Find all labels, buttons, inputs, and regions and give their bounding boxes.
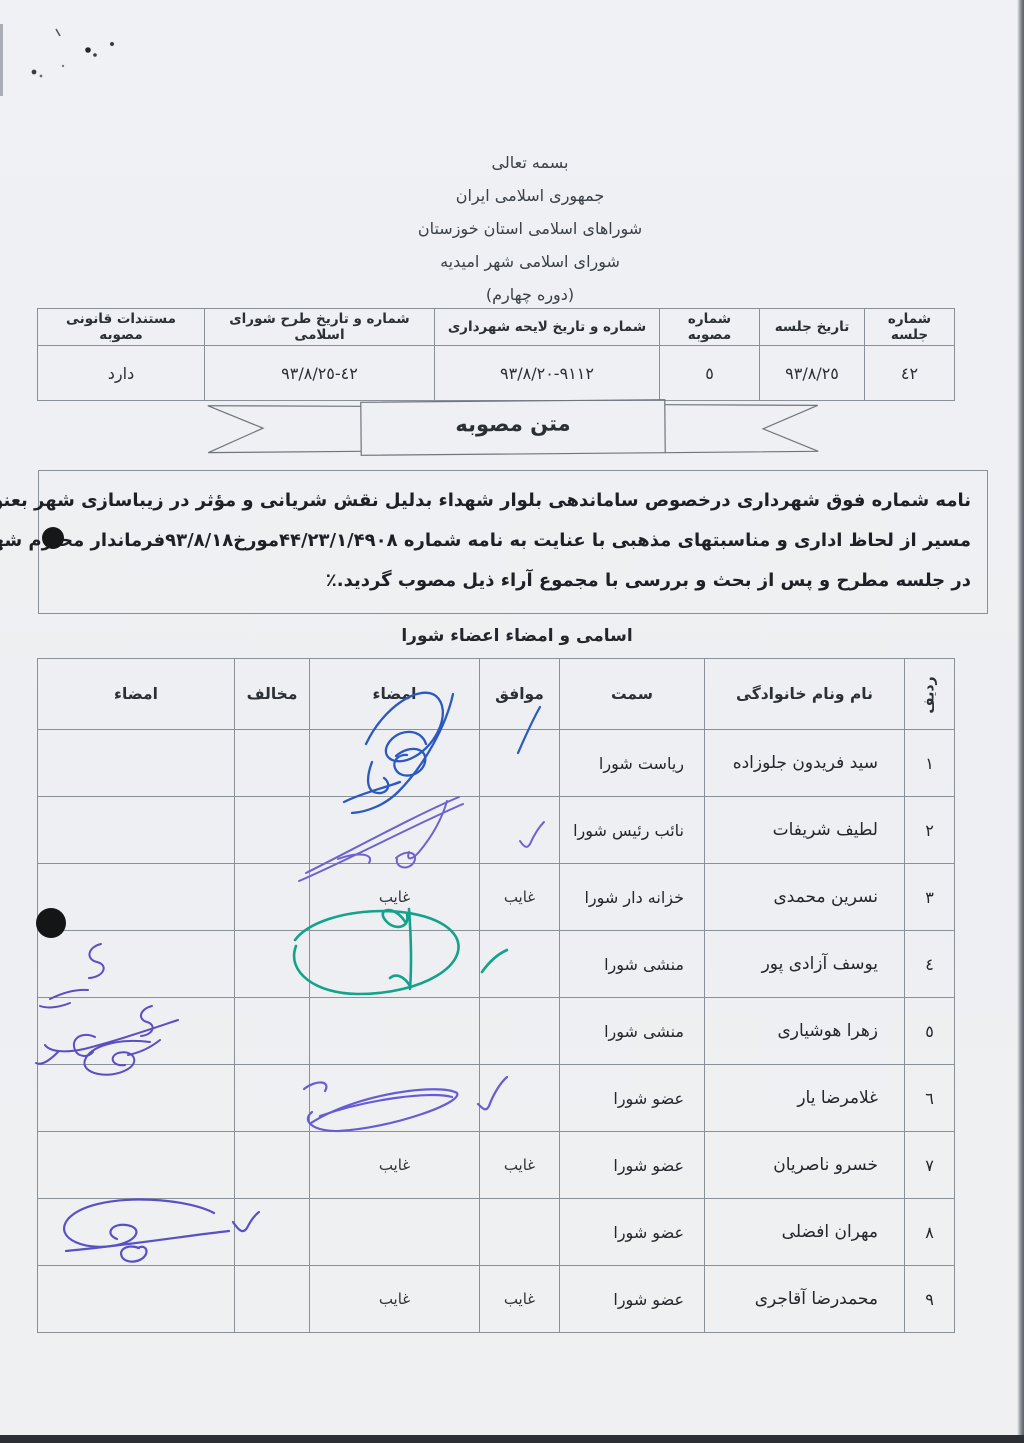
member-name: نسرین محمدی [705,864,905,931]
resolution-banner: متن مصوبه [205,395,822,460]
member-row: ٧ خسرو ناصریان عضو شورا غایب غایب [38,1132,955,1199]
member-agree-cell: غایب [480,1132,560,1199]
letterhead-line-councils: شوراهای اسلامی استان خوزستان [250,212,810,245]
member-signature2-cell [38,1132,235,1199]
member-agree-cell [480,931,560,998]
resolution-text-box: نامه شماره فوق شهرداری درخصوص ساماندهی ب… [38,470,988,614]
member-signature2-cell [38,730,235,797]
members-header-row: ردیف نام ونام خانوادگی سمت موافق امضاء م… [38,659,955,730]
member-signature-cell [310,1199,480,1266]
document-page: بسمه تعالی جمهوری اسلامی ایران شوراهای ا… [0,0,1024,1443]
value-legal-documents: دارد [38,346,205,401]
member-agree-cell [480,1065,560,1132]
member-row-number: ٨ [905,1199,955,1266]
member-name: غلامرضا یار [705,1065,905,1132]
member-row: ٦ غلامرضا یار عضو شورا [38,1065,955,1132]
member-oppose-cell [235,1199,310,1266]
letterhead: بسمه تعالی جمهوری اسلامی ایران شوراهای ا… [250,146,810,311]
header-full-name: نام ونام خانوادگی [705,659,905,730]
member-row: ٢ لطیف شریفات نائب رئیس شورا [38,797,955,864]
header-bill-number-date: شماره و تاریخ لایحه شهرداری [435,309,660,346]
member-agree-cell [480,1199,560,1266]
header-position: سمت [560,659,705,730]
member-row-number: ٢ [905,797,955,864]
member-signature-cell: غایب [310,864,480,931]
value-session-number: ٤٢ [865,346,955,401]
letterhead-line-city-council: شورای اسلامی شهر امیدیه [250,245,810,278]
member-name: سید فریدون جلوزاده [705,730,905,797]
member-signature-cell [310,1065,480,1132]
member-signature-cell [310,730,480,797]
member-position: ریاست شورا [560,730,705,797]
header-row-number: ردیف [905,659,955,730]
header-signature: امضاء [310,659,480,730]
header-session-date: تاریخ جلسه [760,309,865,346]
member-name: لطیف شریفات [705,797,905,864]
member-row: ٤ یوسف آزادی پور منشی شورا [38,931,955,998]
member-signature-cell: غایب [310,1132,480,1199]
value-bill-number-date: ٩٣/٨/٢٠-٩١١٢ [435,346,660,401]
member-signature-cell [310,931,480,998]
member-oppose-cell [235,1065,310,1132]
member-signature2-cell [38,998,235,1065]
member-signature2-cell [38,1266,235,1333]
member-position: عضو شورا [560,1065,705,1132]
member-row-number: ٤ [905,931,955,998]
member-row-number: ٥ [905,998,955,1065]
member-position: نائب رئیس شورا [560,797,705,864]
letterhead-line-republic: جمهوری اسلامی ایران [250,179,810,212]
header-session-number: شماره جلسه [865,309,955,346]
member-oppose-cell [235,864,310,931]
member-name: محمدرضا آقاجری [705,1266,905,1333]
member-signature2-cell [38,797,235,864]
header-resolution-number: شماره مصوبه [660,309,760,346]
banner-title: متن مصوبه [361,411,665,438]
member-oppose-cell [235,1266,310,1333]
value-session-date: ٩٣/٨/٢٥ [760,346,865,401]
member-position: خزانه دار شورا [560,864,705,931]
member-position: منشی شورا [560,931,705,998]
member-signature2-cell [38,864,235,931]
member-oppose-cell [235,998,310,1065]
session-info-value-row: ٤٢ ٩٣/٨/٢٥ ٥ ٩٣/٨/٢٠-٩١١٢ ٩٣/٨/٢٥-٤٢ دار… [38,346,955,401]
member-agree-cell: غایب [480,1266,560,1333]
member-name: یوسف آزادی پور [705,931,905,998]
member-position: عضو شورا [560,1199,705,1266]
member-position: منشی شورا [560,998,705,1065]
header-oppose: مخالف [235,659,310,730]
resolution-line-2: مسیر از لحاظ اداری و مناسبتهای مذهبی با … [55,521,971,561]
member-signature2-cell [38,1065,235,1132]
value-plan-number-date: ٩٣/٨/٢٥-٤٢ [205,346,435,401]
letterhead-line-bismillah: بسمه تعالی [250,146,810,179]
value-resolution-number: ٥ [660,346,760,401]
member-name: مهران افضلی [705,1199,905,1266]
member-oppose-cell [235,730,310,797]
member-signature2-cell [38,1199,235,1266]
ink-specks [32,29,114,77]
header-signature-2: امضاء [38,659,235,730]
member-row-number: ٧ [905,1132,955,1199]
member-position: عضو شورا [560,1266,705,1333]
member-row: ٥ زهرا هوشیاری منشی شورا [38,998,955,1065]
letterhead-line-term: (دوره چهارم) [250,278,810,311]
member-row: ٣ نسرین محمدی خزانه دار شورا غایب غایب [38,864,955,931]
member-agree-cell [480,797,560,864]
session-info-table: شماره جلسه تاریخ جلسه شماره مصوبه شماره … [37,308,955,401]
member-row-number: ٩ [905,1266,955,1333]
scan-edge-bottom [0,1435,1024,1443]
header-plan-number-date: شماره و تاریخ طرح شورای اسلامی [205,309,435,346]
member-signature2-cell [38,931,235,998]
member-name: زهرا هوشیاری [705,998,905,1065]
member-signature-cell [310,797,480,864]
member-row-number: ٣ [905,864,955,931]
member-position: عضو شورا [560,1132,705,1199]
scan-edge-right [1017,0,1024,1443]
scan-edge-left-mark [0,24,3,96]
members-section-title: اسامی و امضاء اعضاء شورا [362,626,672,646]
member-name: خسرو ناصریان [705,1132,905,1199]
member-signature-cell: غایب [310,1266,480,1333]
member-row-number: ٦ [905,1065,955,1132]
member-row: ٩ محمدرضا آقاجری عضو شورا غایب غایب [38,1266,955,1333]
member-agree-cell [480,730,560,797]
members-table: ردیف نام ونام خانوادگی سمت موافق امضاء م… [37,658,955,1333]
header-agree: موافق [480,659,560,730]
member-agree-cell [480,998,560,1065]
member-row-number: ١ [905,730,955,797]
member-oppose-cell [235,1132,310,1199]
member-oppose-cell [235,931,310,998]
member-row: ٨ مهران افضلی عضو شورا [38,1199,955,1266]
member-row: ١ سید فریدون جلوزاده ریاست شورا [38,730,955,797]
member-agree-cell: غایب [480,864,560,931]
member-signature-cell [310,998,480,1065]
member-oppose-cell [235,797,310,864]
resolution-line-3: در جلسه مطرح و پس از بحث و بررسی با مجمو… [55,561,971,601]
session-info-header-row: شماره جلسه تاریخ جلسه شماره مصوبه شماره … [38,309,955,346]
header-legal-documents: مستندات قانونی مصوبه [38,309,205,346]
resolution-line-1: نامه شماره فوق شهرداری درخصوص ساماندهی ب… [55,481,971,521]
